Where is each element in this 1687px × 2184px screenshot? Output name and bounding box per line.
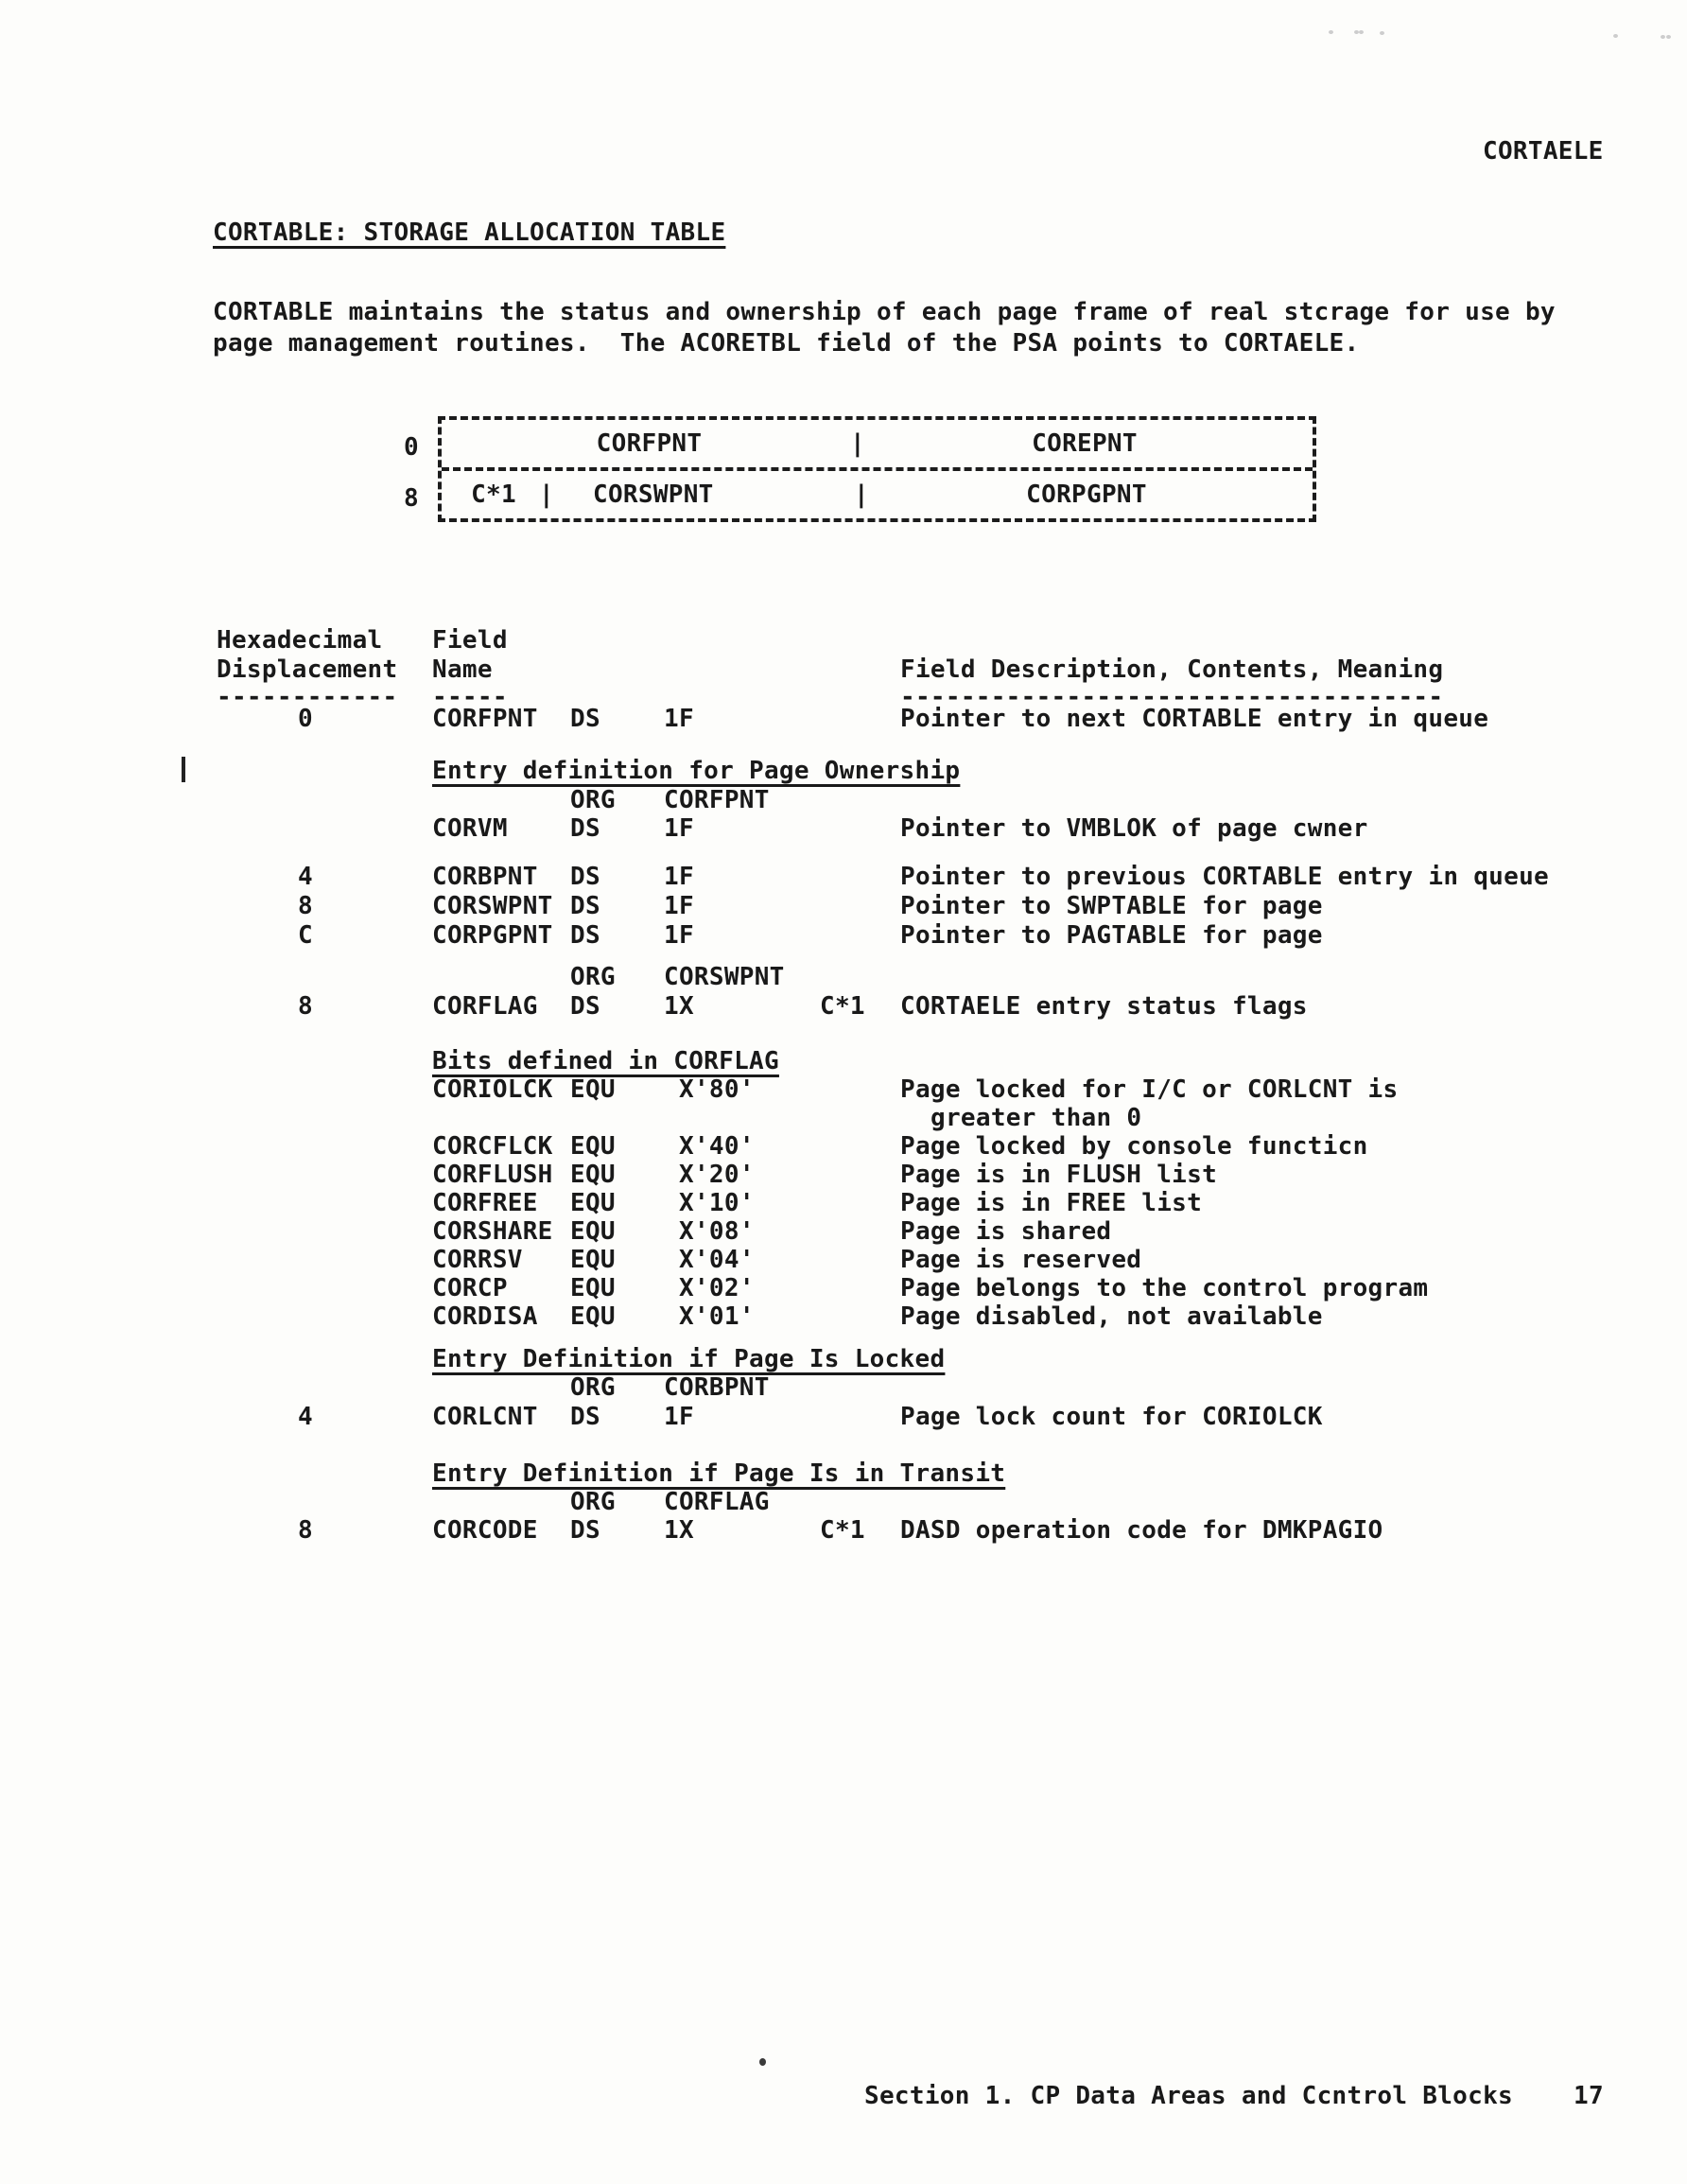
cell-operand: X'40'	[679, 1132, 755, 1161]
equ-row: CORDISAEQUX'01'Page disabled, not availa…	[213, 1302, 1687, 1331]
section-heading-text: Entry Definition if Page Is Locked	[432, 1345, 945, 1373]
cell-operand: 1F	[664, 814, 694, 843]
cell-name: CORCODE	[432, 1516, 538, 1545]
section-heading: Entry definition for Page Ownership	[213, 757, 1687, 785]
cell-desc: Page is shared	[900, 1217, 1111, 1246]
scan-speck	[1666, 35, 1671, 39]
scan-speck	[1329, 30, 1333, 34]
cell-desc: CORTAELE entry status flags	[900, 992, 1308, 1021]
equ-row: CORRSVEQUX'04'Page is reserved	[213, 1246, 1687, 1274]
cell-op: DS	[570, 863, 600, 891]
column-header: Field	[432, 626, 508, 655]
cell-op: EQU	[570, 1075, 616, 1104]
cell-op: EQU	[570, 1302, 616, 1331]
equ-row: CORIOLCKEQUX'80'Page locked for I/C or C…	[213, 1075, 1687, 1104]
cell-desc: Page lock count for CORIOLCK	[900, 1403, 1323, 1431]
field-row: 4CORBPNTDS1FPointer to previous CORTABLE…	[213, 863, 1687, 891]
cell-operand: 1X	[664, 1516, 694, 1545]
equ-row: CORSHAREEQUX'08'Page is shared	[213, 1217, 1687, 1246]
org-row: ORGCORFPNT	[213, 786, 1687, 814]
cell-desc: Page belongs to the control program	[900, 1274, 1428, 1302]
equ-row: CORCPEQUX'02'Page belongs to the control…	[213, 1274, 1687, 1302]
cell-operand: CORFLAG	[664, 1488, 770, 1516]
scan-speck	[1359, 30, 1364, 34]
cell-operand: X'08'	[679, 1217, 755, 1246]
cell-op: EQU	[570, 1246, 616, 1274]
cell-desc: Page is in FREE list	[900, 1189, 1202, 1217]
cell-operand: X'02'	[679, 1274, 755, 1302]
cell-disp: 8	[288, 1516, 322, 1545]
field-row: 8CORSWPNTDS1FPointer to SWPTABLE for pag…	[213, 892, 1687, 920]
cell-operand: 1X	[664, 992, 694, 1021]
cell-op: DS	[570, 892, 600, 920]
table-header-line: Hexadecimal Field	[213, 626, 1687, 655]
cell-op: EQU	[570, 1132, 616, 1161]
field-row: CORVMDS1FPointer to VMBLOK of page cwner	[213, 814, 1687, 843]
column-header: Displacement	[217, 655, 397, 684]
cell-operand: X'20'	[679, 1161, 755, 1189]
cell-name: CORRSV	[432, 1246, 523, 1274]
org-row: ORGCORBPNT	[213, 1373, 1687, 1402]
equ-row: CORCFLCKEQUX'40'Page locked by console f…	[213, 1132, 1687, 1161]
cell-name: CORSHARE	[432, 1217, 553, 1246]
field-row: 8CORCODEDS1XC*1DASD operation code for D…	[213, 1516, 1687, 1545]
scan-speck	[1380, 31, 1384, 35]
cell-name: CORPGPNT	[432, 921, 553, 950]
field-table: Hexadecimal Field Displacement Name Fiel…	[213, 0, 1687, 2184]
scan-speck	[1661, 35, 1665, 39]
scan-speck	[759, 2058, 766, 2066]
document-page: CORTAELE CORTABLE: STORAGE ALLOCATION TA…	[0, 0, 1687, 2184]
cell-operand: 1F	[664, 863, 694, 891]
cell-name: CORFPNT	[432, 705, 538, 733]
section-heading: Bits defined in CORFLAG	[213, 1047, 1687, 1075]
cell-op: EQU	[570, 1274, 616, 1302]
equ-row: CORFREEEQUX'10'Page is in FREE list	[213, 1189, 1687, 1217]
cell-disp: 4	[288, 863, 322, 891]
cell-name: CORBPNT	[432, 863, 538, 891]
cell-op: DS	[570, 814, 600, 843]
cell-disp: 8	[288, 892, 322, 920]
cell-name: CORFLAG	[432, 992, 538, 1021]
column-header: Field Description, Contents, Meaning	[900, 655, 1443, 684]
cell-operand: X'80'	[679, 1075, 755, 1104]
table-header-line: Displacement Name Field Description, Con…	[213, 655, 1687, 684]
scan-speck	[1613, 34, 1618, 38]
cell-desc: Pointer to previous CORTABLE entry in qu…	[900, 863, 1549, 891]
cell-op: DS	[570, 921, 600, 950]
cell-name: CORCFLCK	[432, 1132, 553, 1161]
cell-operand: 1F	[664, 892, 694, 920]
cell-flag: C*1	[820, 992, 865, 1021]
field-row: 8CORFLAGDS1XC*1CORTAELE entry status fla…	[213, 992, 1687, 1021]
cell-name: CORDISA	[432, 1302, 538, 1331]
field-row: 0CORFPNTDS1FPointer to next CORTABLE ent…	[213, 705, 1687, 733]
cell-desc: Page locked for I/C or CORLCNT is	[900, 1075, 1398, 1104]
cell-operand: 1F	[664, 921, 694, 950]
cell-desc: Pointer to VMBLOK of page cwner	[900, 814, 1368, 843]
cell-name: CORVM	[432, 814, 508, 843]
cell-op: EQU	[570, 1189, 616, 1217]
cont-row: greater than 0	[213, 1104, 1687, 1132]
cell-desc: Page is reserved	[900, 1246, 1141, 1274]
page-number: 17	[1574, 2082, 1604, 2110]
org-row: ORGCORFLAG	[213, 1488, 1687, 1516]
cell-operand: X'04'	[679, 1246, 755, 1274]
cell-disp: 0	[288, 705, 322, 733]
cell-operand: CORFPNT	[664, 786, 770, 814]
cell-desc: Pointer to PAGTABLE for page	[900, 921, 1323, 950]
equ-row: CORFLUSHEQUX'20'Page is in FLUSH list	[213, 1161, 1687, 1189]
cell-desc: Pointer to SWPTABLE for page	[900, 892, 1323, 920]
cell-op: DS	[570, 705, 600, 733]
cell-operand: 1F	[664, 705, 694, 733]
cell-desc: greater than 0	[930, 1104, 1141, 1132]
section-heading: Entry Definition if Page Is in Transit	[213, 1459, 1687, 1488]
cell-operand: CORSWPNT	[664, 963, 785, 991]
cell-op: DS	[570, 992, 600, 1021]
cell-op: DS	[570, 1403, 600, 1431]
cell-name: CORCP	[432, 1274, 508, 1302]
cell-operand: CORBPNT	[664, 1373, 770, 1402]
cell-name: CORFLUSH	[432, 1161, 553, 1189]
cell-name: CORIOLCK	[432, 1075, 553, 1104]
cell-desc: Pointer to next CORTABLE entry in queue	[900, 705, 1488, 733]
section-heading: Entry Definition if Page Is Locked	[213, 1345, 1687, 1373]
cell-op: ORG	[570, 963, 616, 991]
section-heading-text: Bits defined in CORFLAG	[432, 1047, 779, 1075]
cell-name: CORLCNT	[432, 1403, 538, 1431]
section-heading-text: Entry Definition if Page Is in Transit	[432, 1459, 1005, 1488]
org-row: ORGCORSWPNT	[213, 963, 1687, 991]
footer-section-title: Section 1. CP Data Areas and Ccntrol Blo…	[864, 2082, 1513, 2110]
column-header: Name	[432, 655, 493, 684]
cell-op: EQU	[570, 1161, 616, 1189]
cell-desc: Page locked by console functicn	[900, 1132, 1368, 1161]
cell-name: CORFREE	[432, 1189, 538, 1217]
cell-desc: DASD operation code for DMKPAGIO	[900, 1516, 1383, 1545]
cell-desc: Page disabled, not available	[900, 1302, 1323, 1331]
cell-op: ORG	[570, 786, 616, 814]
cell-flag: C*1	[820, 1516, 865, 1545]
section-heading-text: Entry definition for Page Ownership	[432, 757, 960, 785]
cell-operand: 1F	[664, 1403, 694, 1431]
cell-operand: X'10'	[679, 1189, 755, 1217]
cell-op: ORG	[570, 1373, 616, 1402]
column-header: Hexadecimal	[217, 626, 383, 655]
cell-disp: 4	[288, 1403, 322, 1431]
cell-op: DS	[570, 1516, 600, 1545]
cell-operand: X'01'	[679, 1302, 755, 1331]
cell-disp: C	[288, 921, 322, 950]
cell-name: CORSWPNT	[432, 892, 553, 920]
field-row: 4CORLCNTDS1FPage lock count for CORIOLCK	[213, 1403, 1687, 1431]
cell-op: ORG	[570, 1488, 616, 1516]
cell-desc: Page is in FLUSH list	[900, 1161, 1217, 1189]
cell-op: EQU	[570, 1217, 616, 1246]
field-row: CCORPGPNTDS1FPointer to PAGTABLE for pag…	[213, 921, 1687, 950]
cell-disp: 8	[288, 992, 322, 1021]
change-bar	[182, 757, 185, 782]
